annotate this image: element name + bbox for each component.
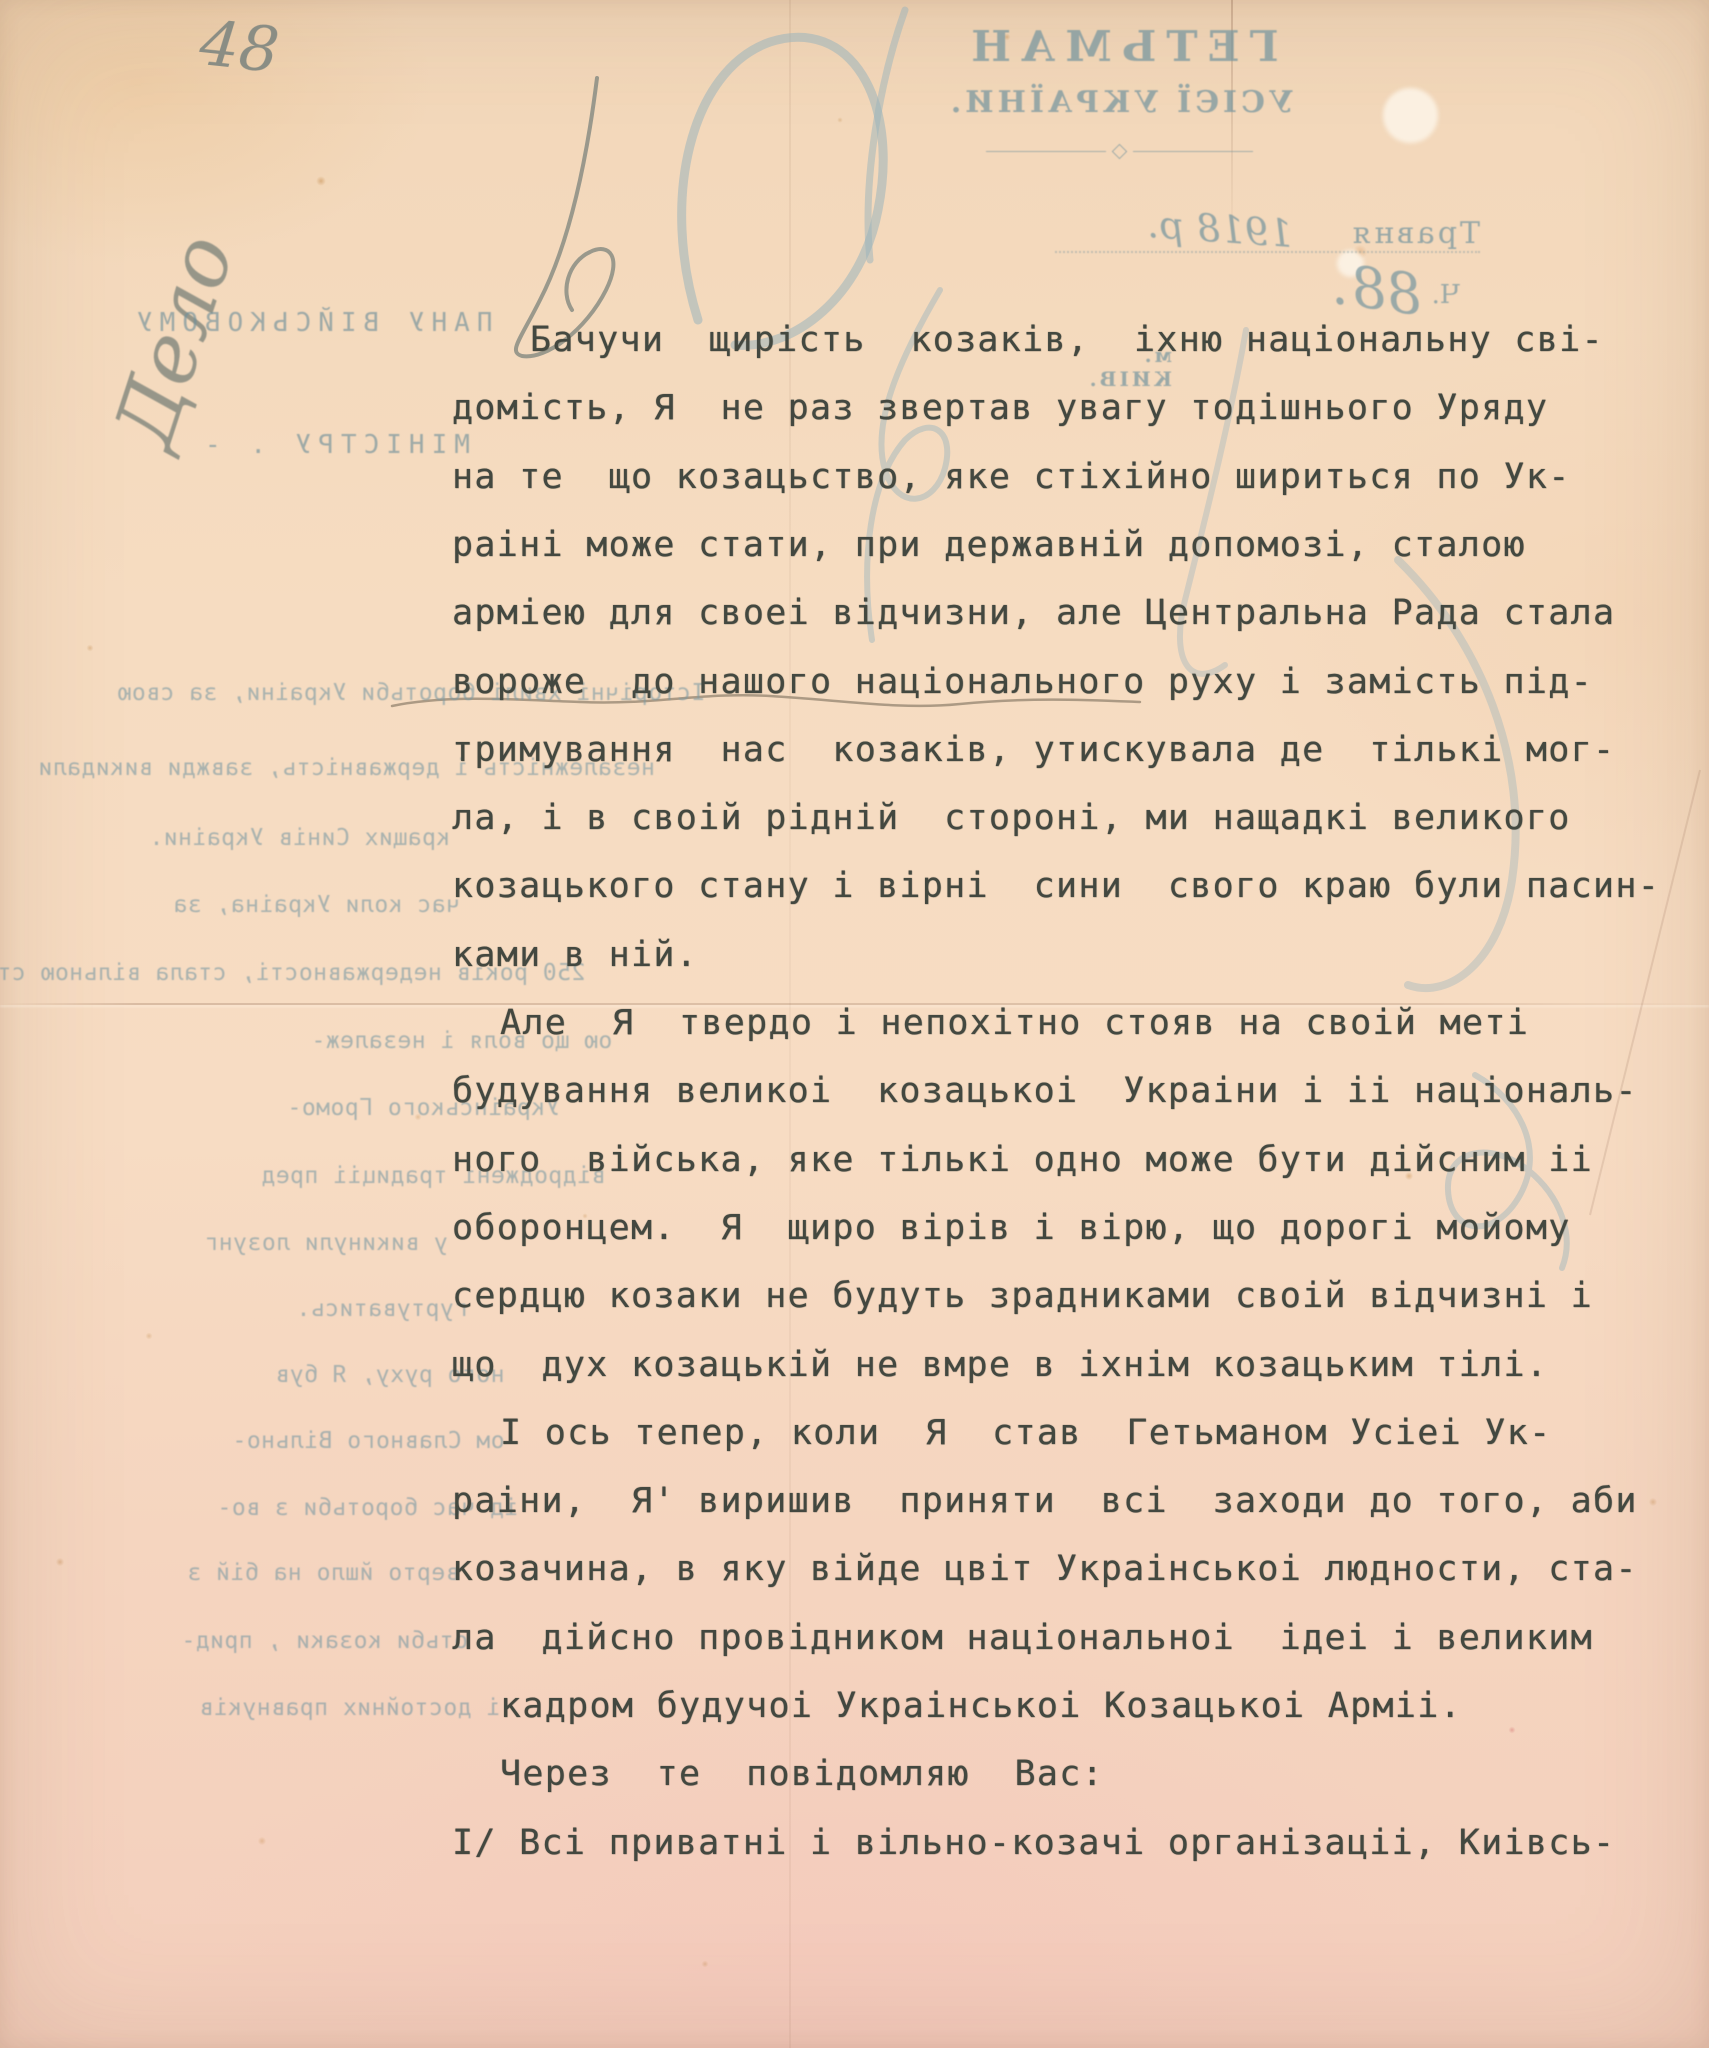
ghost-typed-line: кращих Синів Украіни. [149,825,450,851]
typed-line: І/ Всі приватні і вільно-козачі організа… [452,1823,1615,1863]
ghost-typed-line: верто йшло на бій з [187,1560,460,1586]
typed-line: вороже до нашого національного руху і за… [452,662,1593,702]
typed-line: ного війська, яке тількі одно може бути … [452,1140,1593,1180]
crease-lines [1590,770,1700,1215]
typed-line: Але Я твердо і непохітно стояв на своій … [500,1003,1529,1043]
typed-line: тримування нас козаків, утискувала де ті… [452,730,1615,770]
ghost-typed-line: отьби козаки , прид- [181,1628,468,1654]
typed-line: домість, Я не раз звертав увагу тодішньо… [452,388,1548,428]
pencil-flourish [516,78,613,356]
ghost-typed-line: ом Славного Вільно- [232,1428,505,1454]
typed-line: І ось тепер, коли Я став Гетьманом Усіеі… [500,1413,1551,1453]
typed-line: будування великоі козацькоі Украіни і іі… [452,1071,1638,1111]
typed-line: ла дійсно провідником національноі ідеі … [452,1618,1593,1658]
typed-line: раіні може стати, при державній допомозі… [452,525,1526,565]
typed-line: козацького стану і вірні сини свого краю… [452,866,1660,906]
ghost-typed-line: гуртуватись. [296,1296,468,1322]
typed-line: кадром будучоі Украінськоі Козацькоі Арм… [500,1686,1462,1726]
typed-line: на те що козацьство, яке стіхійно ширить… [452,457,1571,497]
typed-line: ла, і в своій рідній стороні, ми нащадкі… [452,798,1571,838]
typed-line: Через те повідомляю Вас: [500,1754,1104,1794]
typed-line: козачина, в яку війде цвіт Украінськоі л… [452,1549,1638,1589]
diagonal-crease [1590,770,1700,1215]
ghost-typed-line: і достойних правнуків [199,1695,500,1721]
ghost-typed-line: у викинули лозунг [204,1230,448,1256]
typed-line: оборонцем. Я щиро вірів і вірю, що дорог… [452,1208,1571,1248]
typed-line: ками в ній. [452,935,698,975]
typed-line: сердцю козаки не будуть зрадниками своій… [452,1276,1593,1316]
typed-line: арміею для своеі відчизни, але Центральн… [452,593,1615,633]
ghost-typed-line: час коли Украіна, за [173,892,460,918]
ghost-signature-loop [682,37,884,345]
ghost-typed-line: ПАНУ ВІЙСЬКОВОМУ [130,308,492,338]
ghost-typed-line: МІНІСТРУ . - [198,430,470,460]
typed-line: раіни, Я' виришив приняти всі заходи до … [452,1481,1638,1521]
typed-line: що дух козацькій не вмре в іхнім козацьк… [452,1345,1548,1385]
typed-line: Бачучи щирість козаків, іхню національну… [530,320,1604,360]
scanned-document-page: { "page": { "colors": { "paper": "#f6dcc… [0,0,1709,2048]
